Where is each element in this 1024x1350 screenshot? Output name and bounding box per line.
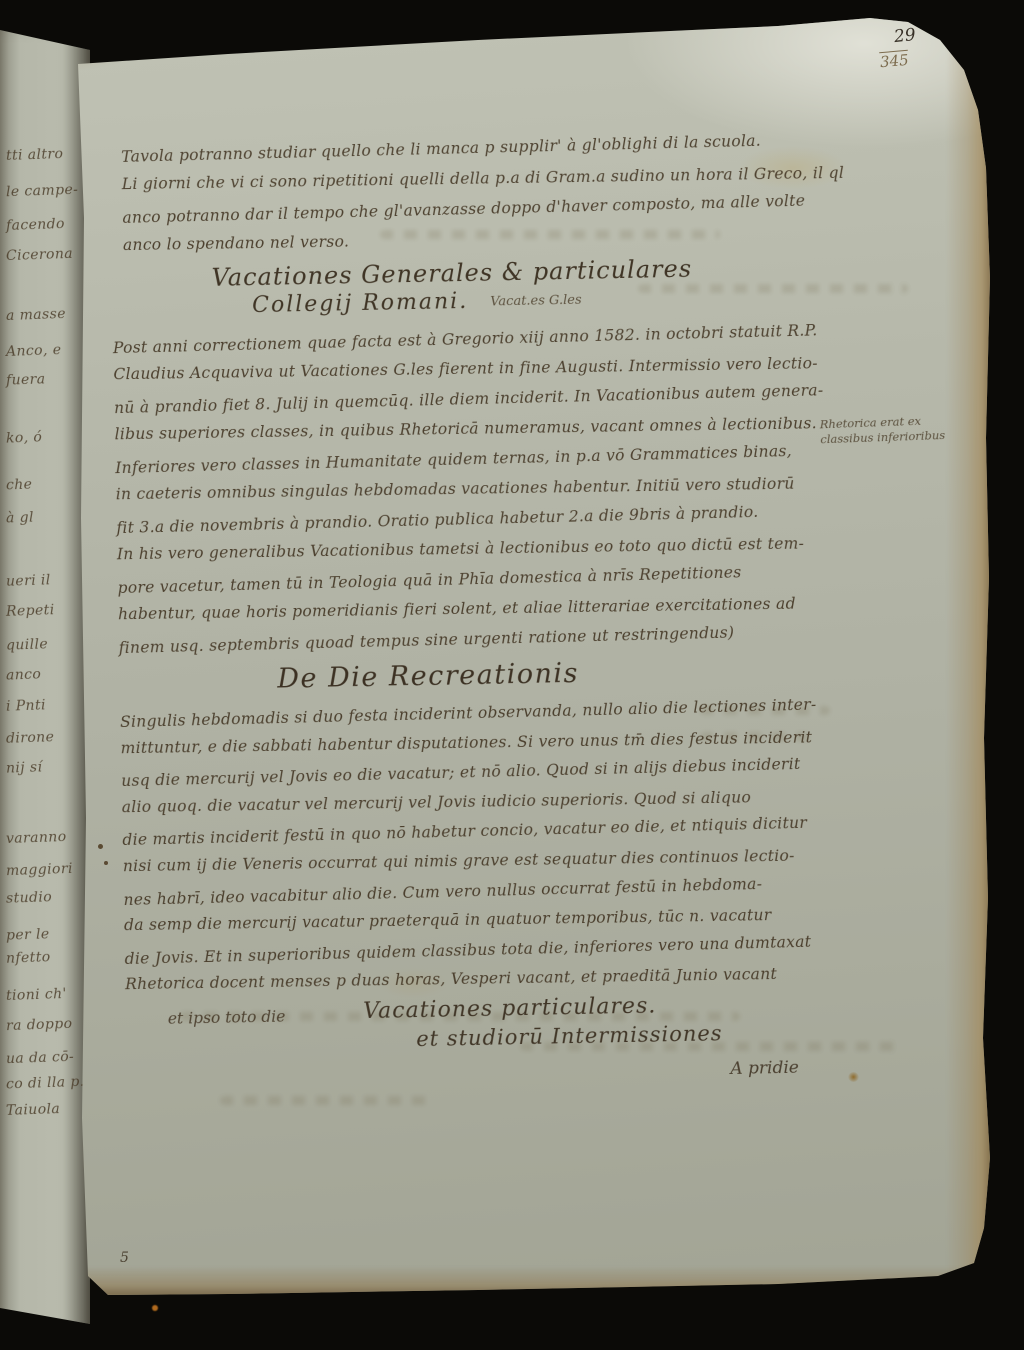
page-top-edge (78, 18, 992, 70)
heading-abbreviation-note: Vacat.es G.les (490, 293, 582, 314)
text-fragment: Anco, e (6, 342, 62, 360)
previous-page-text-fragments: tti altrole campe-facendoCiceronaa masse… (0, 0, 88, 1350)
text-fragment: nfetto (6, 949, 51, 967)
paragraph-recreationis: Singulis hebdomadis si duo festa incider… (120, 690, 926, 1001)
text-fragment: studio (6, 889, 53, 907)
text-fragment: nij sí (6, 759, 43, 776)
text-fragment: a masse (6, 306, 66, 324)
speck (104, 861, 108, 865)
text-fragment: che (6, 477, 33, 494)
text-fragment: fuera (6, 371, 46, 388)
text-fragment: à gl (6, 510, 34, 527)
text-fragment: tioni ch' (6, 986, 67, 1004)
manuscript-page: 29 345 Rhetorica erat ex classibus infer… (78, 18, 992, 1296)
heading-collegij-romani: Collegij Romani. (252, 289, 469, 318)
paragraph-vacationes: Post anni correctionem quae facta est à … (113, 315, 919, 660)
text-fragment: ueri il (6, 572, 51, 590)
heading-vacationes-particulares: Vacationes particulares. (363, 993, 657, 1024)
heading-studiorum-intermissiones: et studiorū Intermissiones (416, 1017, 926, 1051)
text-fragment: per le (6, 926, 50, 944)
folio-number: 29 (893, 25, 917, 47)
text-fragment: dirone (6, 729, 55, 747)
text-fragment: Taiuola (6, 1101, 61, 1119)
folio-number-secondary: 345 (879, 51, 909, 71)
text-fragment: ra doppo (6, 1016, 73, 1034)
previous-page-edge: tti altrole campe-facendoCiceronaa masse… (0, 24, 90, 1336)
bleedthrough-mark (220, 1096, 430, 1105)
text-fragment: anco (6, 666, 42, 683)
catchword: A pridie (127, 1058, 799, 1091)
speck (98, 844, 103, 849)
text-fragment: varanno (6, 829, 67, 847)
text-fragment: quille (6, 636, 49, 653)
page-deckle-edge (946, 18, 992, 1296)
text-column: Tavola potranno studiar quello che li ma… (109, 124, 927, 1090)
text-fragment: ua da cō- (6, 1049, 75, 1067)
text-fragment: facendo (6, 216, 65, 234)
heading-de-die-recreationis: De Die Recreationis (277, 651, 919, 694)
page-bottom-edge (78, 1266, 992, 1296)
text-fragment: i Pnti (6, 697, 46, 714)
dust-speck (152, 1305, 158, 1311)
text-fragment: co di lla p.a (6, 1073, 94, 1092)
text-fragment: le campe- (6, 182, 79, 201)
paragraph-tail: et ipso toto die (168, 1007, 286, 1027)
text-fragment: ko, ó (6, 429, 43, 446)
text-fragment: tti altro (6, 146, 64, 164)
quire-signature: 5 (120, 1250, 129, 1266)
text-fragment: Repeti (6, 602, 55, 620)
manuscript-photo: tti altrole campe-facendoCiceronaa masse… (0, 0, 1024, 1350)
intro-paragraph: Tavola potranno studiar quello che li ma… (121, 124, 911, 261)
text-fragment: Cicerona (6, 246, 74, 264)
text-fragment: maggiori (6, 861, 73, 879)
